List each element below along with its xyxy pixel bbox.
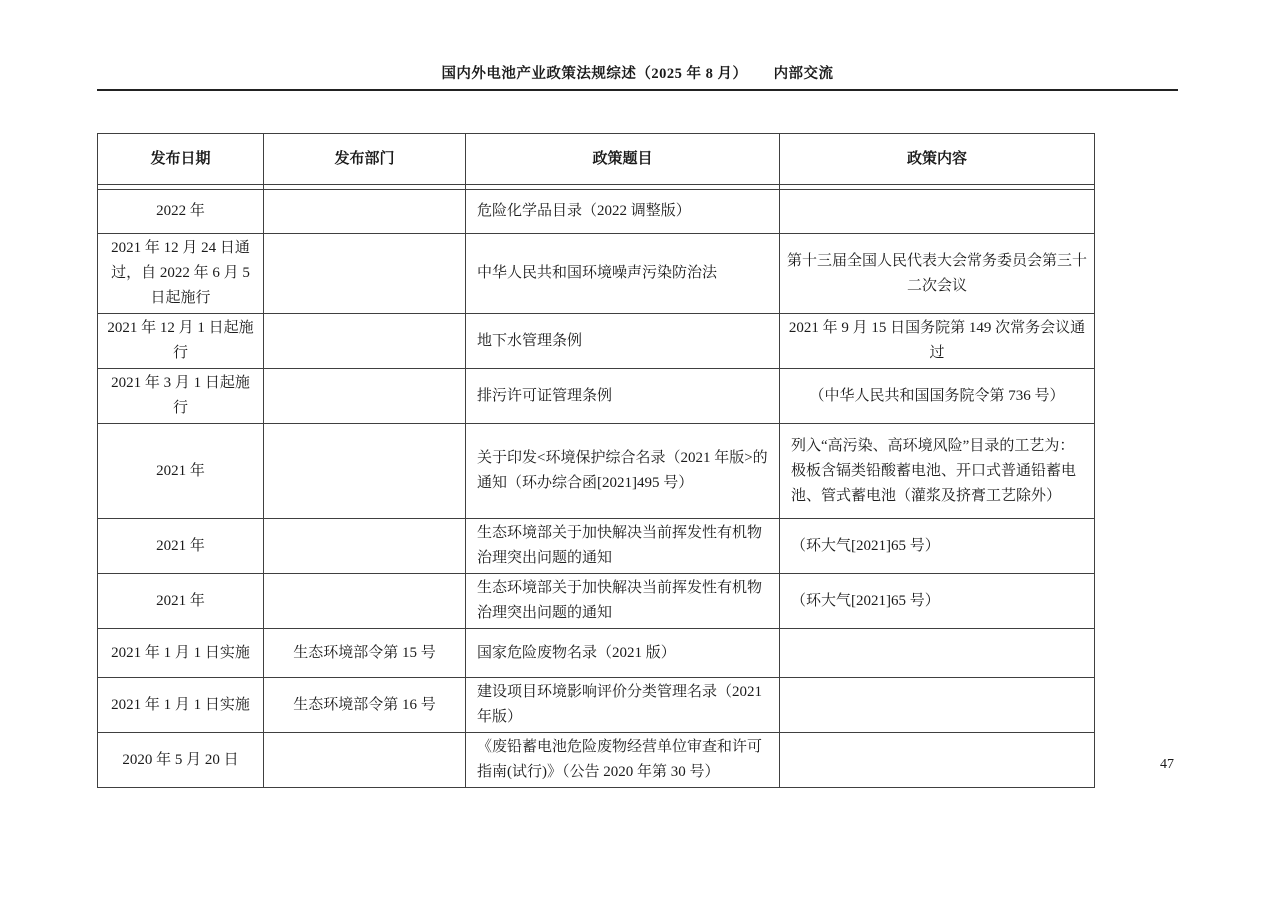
page-number: 47 <box>1160 757 1174 773</box>
column-header-content: 政策内容 <box>780 134 1095 185</box>
table-row: 2022 年危险化学品目录（2022 调整版） <box>98 190 1095 234</box>
cell-policy-content: 列入“高污染、高环境风险”目录的工艺为：极板含镉类铅酸蓄电池、开口式普通铅蓄电池… <box>780 424 1095 519</box>
cell-policy-title: 排污许可证管理条例 <box>466 369 780 424</box>
cell-policy-title: 中华人民共和国环境噪声污染防治法 <box>466 234 780 314</box>
cell-publish-date: 2021 年 <box>98 574 264 629</box>
page-header-classification: 内部交流 <box>774 66 834 82</box>
cell-publish-dept: 生态环境部令第 16 号 <box>264 678 466 733</box>
cell-publish-dept <box>264 369 466 424</box>
cell-publish-date: 2021 年 <box>98 424 264 519</box>
cell-policy-title: 生态环境部关于加快解决当前挥发性有机物治理突出问题的通知 <box>466 574 780 629</box>
policy-table: 发布日期 发布部门 政策题目 政策内容 2022 年危险化学品目录（2022 调… <box>97 133 1095 788</box>
cell-publish-date: 2021 年 3 月 1 日起施行 <box>98 369 264 424</box>
table-row: 2021 年生态环境部关于加快解决当前挥发性有机物治理突出问题的通知（环大气[2… <box>98 519 1095 574</box>
cell-policy-content: （中华人民共和国国务院令第 736 号） <box>780 369 1095 424</box>
cell-policy-title: 《废铅蓄电池危险废物经营单位审查和许可指南(试行)》（公告 2020 年第 30… <box>466 733 780 788</box>
cell-publish-date: 2021 年 1 月 1 日实施 <box>98 678 264 733</box>
cell-policy-content <box>780 190 1095 234</box>
cell-policy-content: （环大气[2021]65 号） <box>780 519 1095 574</box>
cell-publish-dept <box>264 519 466 574</box>
cell-policy-title: 国家危险废物名录（2021 版） <box>466 629 780 678</box>
cell-policy-content <box>780 629 1095 678</box>
cell-publish-dept <box>264 424 466 519</box>
cell-publish-date: 2021 年 <box>98 519 264 574</box>
cell-publish-dept <box>264 314 466 369</box>
cell-policy-title: 建设项目环境影响评价分类管理名录（2021 年版） <box>466 678 780 733</box>
cell-publish-date: 2021 年 12 月 24 日通过，自 2022 年 6 月 5 日起施行 <box>98 234 264 314</box>
cell-policy-title: 生态环境部关于加快解决当前挥发性有机物治理突出问题的通知 <box>466 519 780 574</box>
table-row: 2021 年 12 月 1 日起施行地下水管理条例2021 年 9 月 15 日… <box>98 314 1095 369</box>
cell-policy-title: 地下水管理条例 <box>466 314 780 369</box>
table-row: 2021 年 12 月 24 日通过，自 2022 年 6 月 5 日起施行中华… <box>98 234 1095 314</box>
cell-publish-date: 2021 年 1 月 1 日实施 <box>98 629 264 678</box>
document-page: 国内外电池产业政策法规综述（2025 年 8 月）内部交流 发布日期 发布部门 … <box>0 0 1275 903</box>
cell-policy-content <box>780 733 1095 788</box>
table-header-row: 发布日期 发布部门 政策题目 政策内容 <box>98 134 1095 185</box>
cell-publish-date: 2021 年 12 月 1 日起施行 <box>98 314 264 369</box>
header-divider <box>97 89 1178 91</box>
cell-policy-title: 关于印发<环境保护综合名录（2021 年版>的通知（环办综合函[2021]495… <box>466 424 780 519</box>
cell-publish-dept <box>264 190 466 234</box>
cell-policy-content: 2021 年 9 月 15 日国务院第 149 次常务会议通过 <box>780 314 1095 369</box>
table-row: 2021 年 1 月 1 日实施生态环境部令第 15 号国家危险废物名录（202… <box>98 629 1095 678</box>
cell-policy-content <box>780 678 1095 733</box>
cell-policy-content: （环大气[2021]65 号） <box>780 574 1095 629</box>
cell-policy-title: 危险化学品目录（2022 调整版） <box>466 190 780 234</box>
cell-policy-content: 第十三届全国人民代表大会常务委员会第三十二次会议 <box>780 234 1095 314</box>
cell-publish-date: 2020 年 5 月 20 日 <box>98 733 264 788</box>
table-row: 2020 年 5 月 20 日《废铅蓄电池危险废物经营单位审查和许可指南(试行)… <box>98 733 1095 788</box>
column-header-title: 政策题目 <box>466 134 780 185</box>
table-row: 2021 年关于印发<环境保护综合名录（2021 年版>的通知（环办综合函[20… <box>98 424 1095 519</box>
cell-publish-dept <box>264 574 466 629</box>
cell-publish-dept <box>264 733 466 788</box>
cell-publish-date: 2022 年 <box>98 190 264 234</box>
page-header: 国内外电池产业政策法规综述（2025 年 8 月）内部交流 <box>0 62 1275 83</box>
page-header-title: 国内外电池产业政策法规综述（2025 年 8 月） <box>441 66 747 82</box>
table-row: 2021 年 1 月 1 日实施生态环境部令第 16 号建设项目环境影响评价分类… <box>98 678 1095 733</box>
column-header-date: 发布日期 <box>98 134 264 185</box>
cell-publish-dept <box>264 234 466 314</box>
table-row: 2021 年生态环境部关于加快解决当前挥发性有机物治理突出问题的通知（环大气[2… <box>98 574 1095 629</box>
column-header-dept: 发布部门 <box>264 134 466 185</box>
cell-publish-dept: 生态环境部令第 15 号 <box>264 629 466 678</box>
table-row: 2021 年 3 月 1 日起施行排污许可证管理条例（中华人民共和国国务院令第 … <box>98 369 1095 424</box>
